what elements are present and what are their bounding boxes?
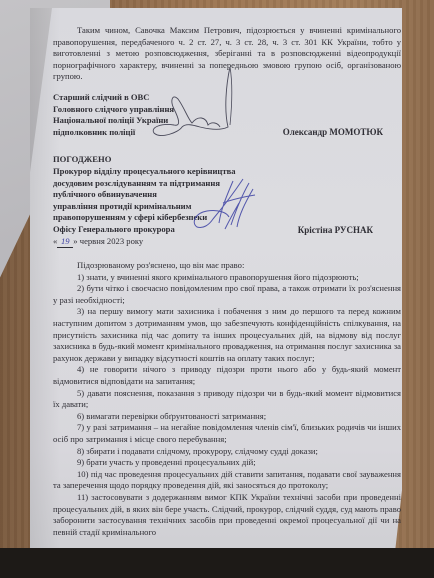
right-item: 2) бути чітко і своєчасно повідомленим п… [53, 283, 401, 306]
date-rest: » червня 2023 року [73, 236, 143, 246]
investigator-name: Олександр МОМОТЮК [283, 127, 383, 139]
prosecutor-name: Крістіна РУСНАК [298, 225, 373, 237]
right-item: 4) не говорити нічого з приводу підозри … [53, 364, 401, 387]
approval-heading: ПОГОДЖЕНО [53, 154, 401, 166]
right-item: 3) на першу вимогу мати захисника і поба… [53, 306, 401, 364]
right-item: 9) брати участь у проведенні процесуальн… [53, 457, 401, 469]
right-item: 6) вимагати перевірки обґрунтованості за… [53, 411, 401, 423]
right-item: 5) давати пояснення, показання з приводу… [53, 388, 401, 411]
right-item: 10) під час проведення процесуальних дій… [53, 469, 401, 492]
rights-intro: Підозрюваному роз'яснено, що він має пра… [53, 260, 401, 272]
dark-surface [0, 548, 434, 578]
date-day: 19 [57, 236, 73, 249]
prosecutor-signature-icon [183, 173, 263, 233]
investigator-signature-icon [148, 65, 238, 143]
right-item: 1) знати, у вчиненні якого кримінального… [53, 272, 401, 284]
right-item: 8) збирати і подавати слідчому, прокурор… [53, 446, 401, 458]
right-item: 7) у разі затримання – на негайне повідо… [53, 422, 401, 445]
right-item: 11) застосовувати з додержанням вимог КП… [53, 492, 401, 538]
approval-date: «19» червня 2023 року [53, 236, 401, 249]
